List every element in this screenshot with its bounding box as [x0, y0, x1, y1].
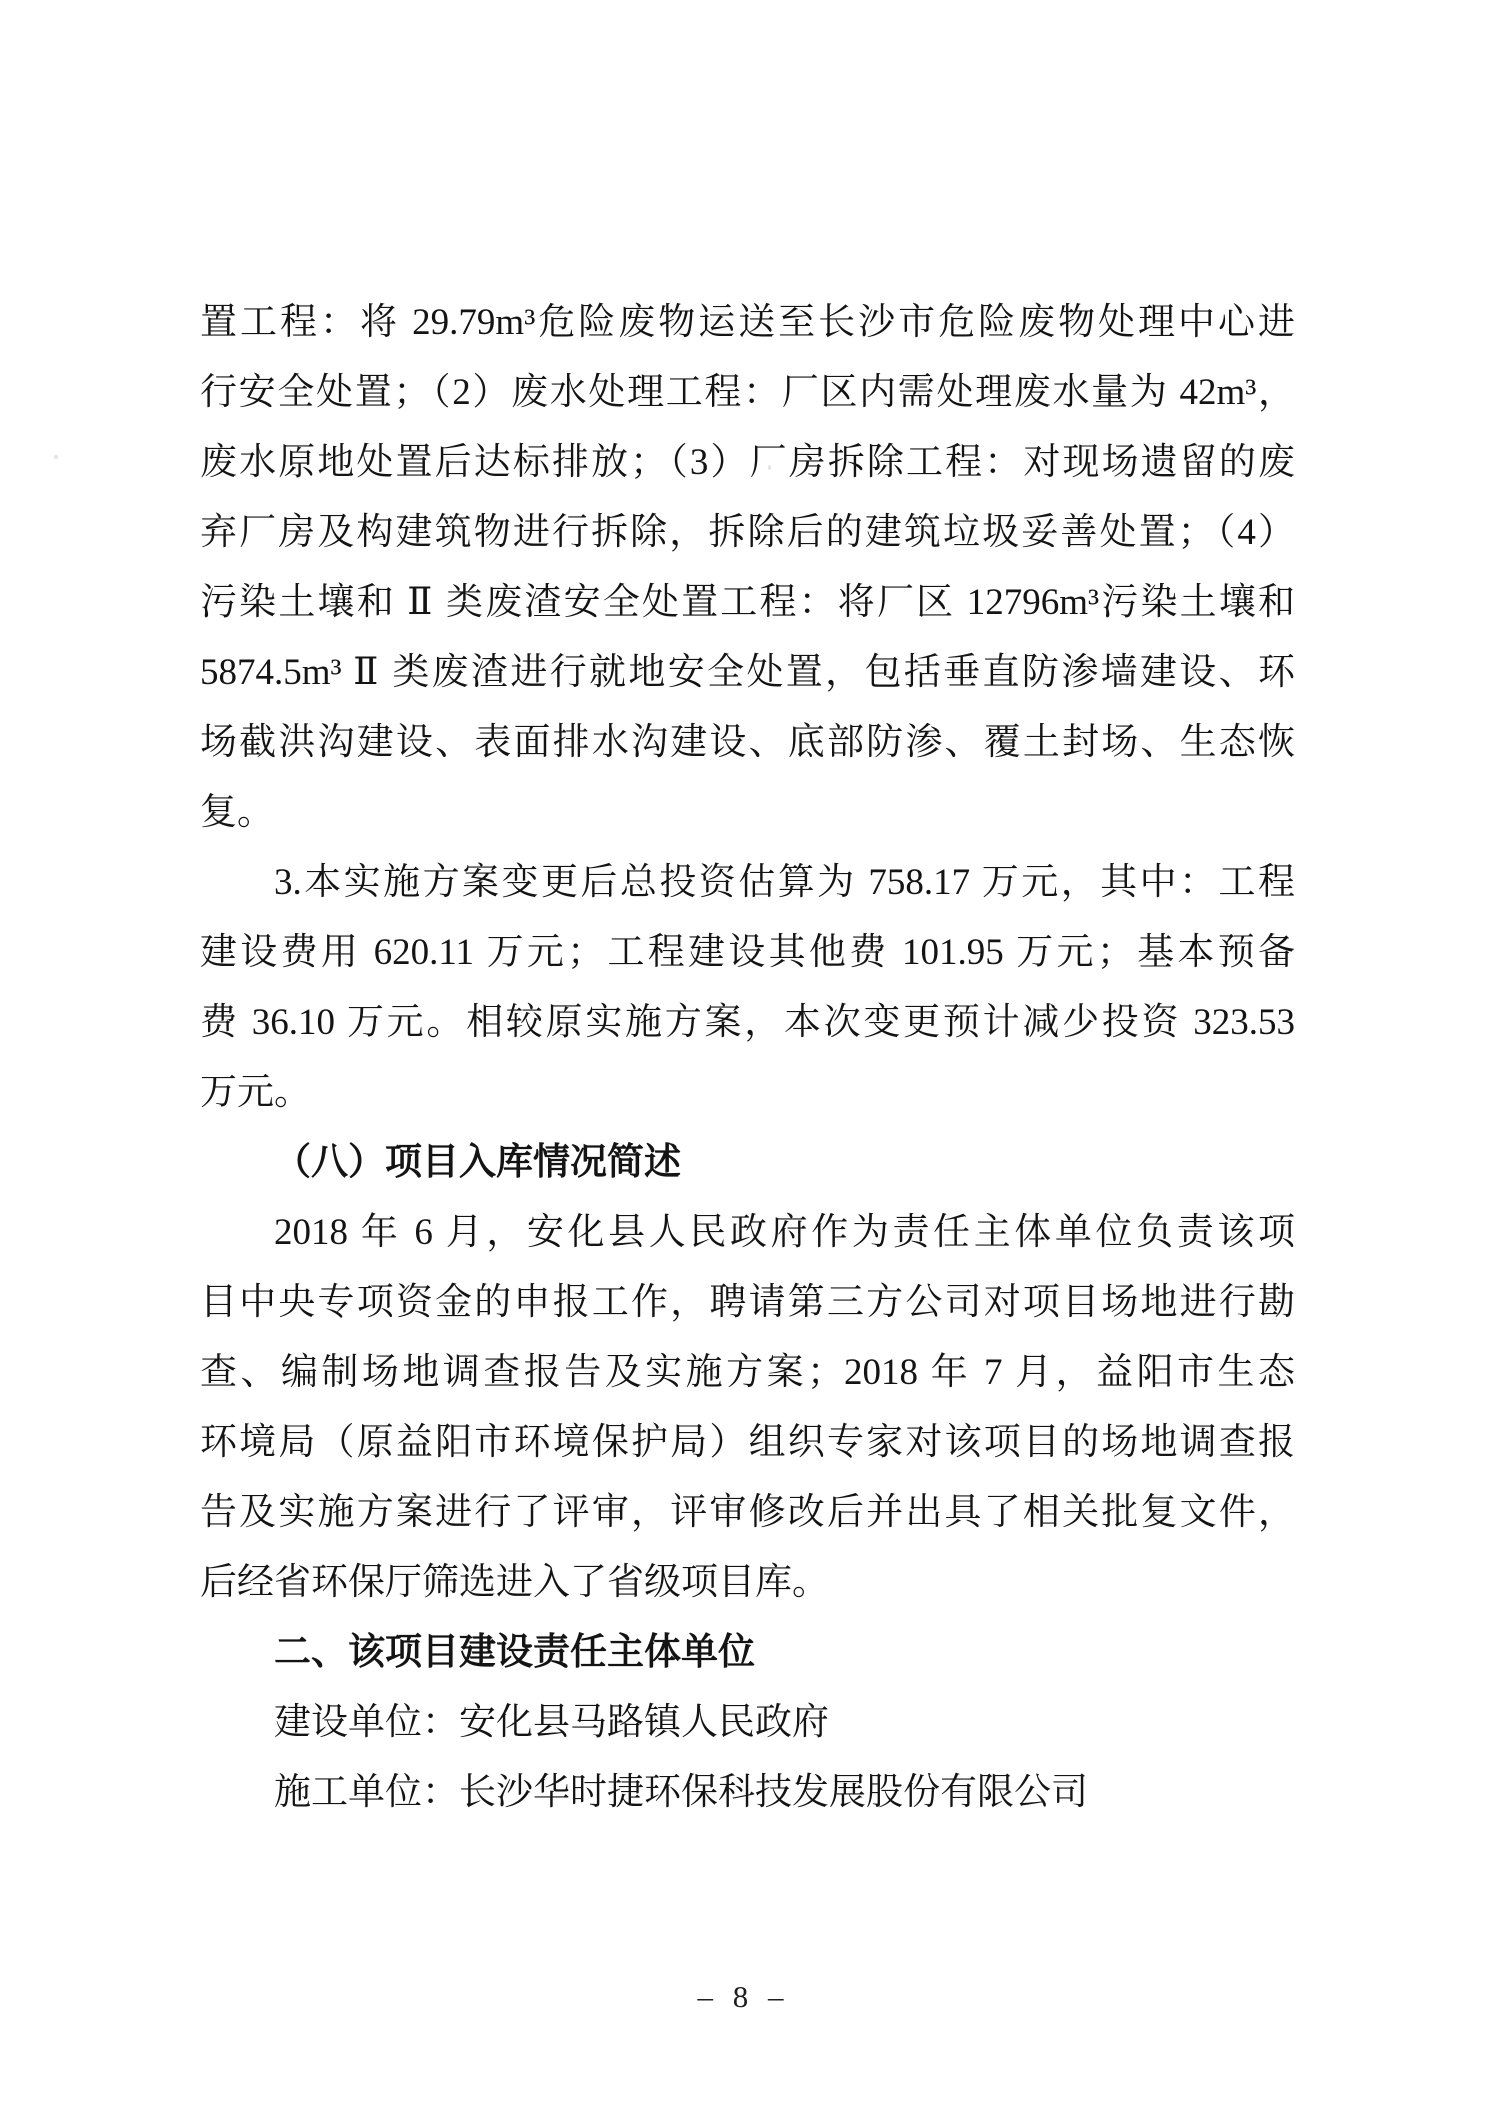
text-line: 置工程：将 29.79m³危险废物运送至长沙市危险废物处理中心进	[200, 288, 1295, 358]
text-line: 万元。	[200, 1058, 1295, 1128]
text-line: 目中央专项资金的申报工作，聘请第三方公司对项目场地进行勘	[200, 1268, 1295, 1338]
text-line: 后经省环保厅筛选进入了省级项目库。	[200, 1548, 1295, 1618]
text-line: 3.本实施方案变更后总投资估算为 758.17 万元，其中：工程	[200, 848, 1295, 918]
text-line: 告及实施方案进行了评审，评审修改后并出具了相关批复文件，	[200, 1478, 1295, 1548]
document-body: 置工程：将 29.79m³危险废物运送至长沙市危险废物处理中心进 行安全处置；（…	[200, 288, 1295, 1828]
text-line: 2018 年 6 月，安化县人民政府作为责任主体单位负责该项	[200, 1198, 1295, 1268]
text-line: 污染土壤和 Ⅱ 类废渣安全处置工程：将厂区 12796m³污染土壤和	[200, 568, 1295, 638]
text-line: 废水原地处置后达标排放；（3）厂房拆除工程：对现场遗留的废	[200, 428, 1295, 498]
section-heading-project-registration: （八）项目入库情况简述	[200, 1128, 1295, 1198]
text-line: 环境局（原益阳市环境保护局）组织专家对该项目的场地调查报	[200, 1408, 1295, 1478]
text-line: 行安全处置；（2）废水处理工程：厂区内需处理废水量为 42m³，	[200, 358, 1295, 428]
text-line: 5874.5m³ Ⅱ 类废渣进行就地安全处置，包括垂直防渗墙建设、环	[200, 638, 1295, 708]
construction-unit-line: 建设单位：安化县马路镇人民政府	[200, 1688, 1295, 1758]
text-line: 建设费用 620.11 万元；工程建设其他费 101.95 万元；基本预备	[200, 918, 1295, 988]
page-number: – 8 –	[0, 1975, 1487, 2019]
section-heading-responsible-units: 二、该项目建设责任主体单位	[200, 1618, 1295, 1688]
scan-artifact	[54, 455, 58, 459]
contractor-unit-line: 施工单位：长沙华时捷环保科技发展股份有限公司	[200, 1758, 1295, 1828]
scanned-document-page: 置工程：将 29.79m³危险废物运送至长沙市危险废物处理中心进 行安全处置；（…	[0, 0, 1487, 2102]
text-line: 查、编制场地调查报告及实施方案；2018 年 7 月，益阳市生态	[200, 1338, 1295, 1408]
text-line: 弃厂房及构建筑物进行拆除，拆除后的建筑垃圾妥善处置；（4）	[200, 498, 1295, 568]
text-line: 复。	[200, 778, 1295, 848]
text-line: 费 36.10 万元。相较原实施方案，本次变更预计减少投资 323.53	[200, 988, 1295, 1058]
text-line: 场截洪沟建设、表面排水沟建设、底部防渗、覆土封场、生态恢	[200, 708, 1295, 778]
